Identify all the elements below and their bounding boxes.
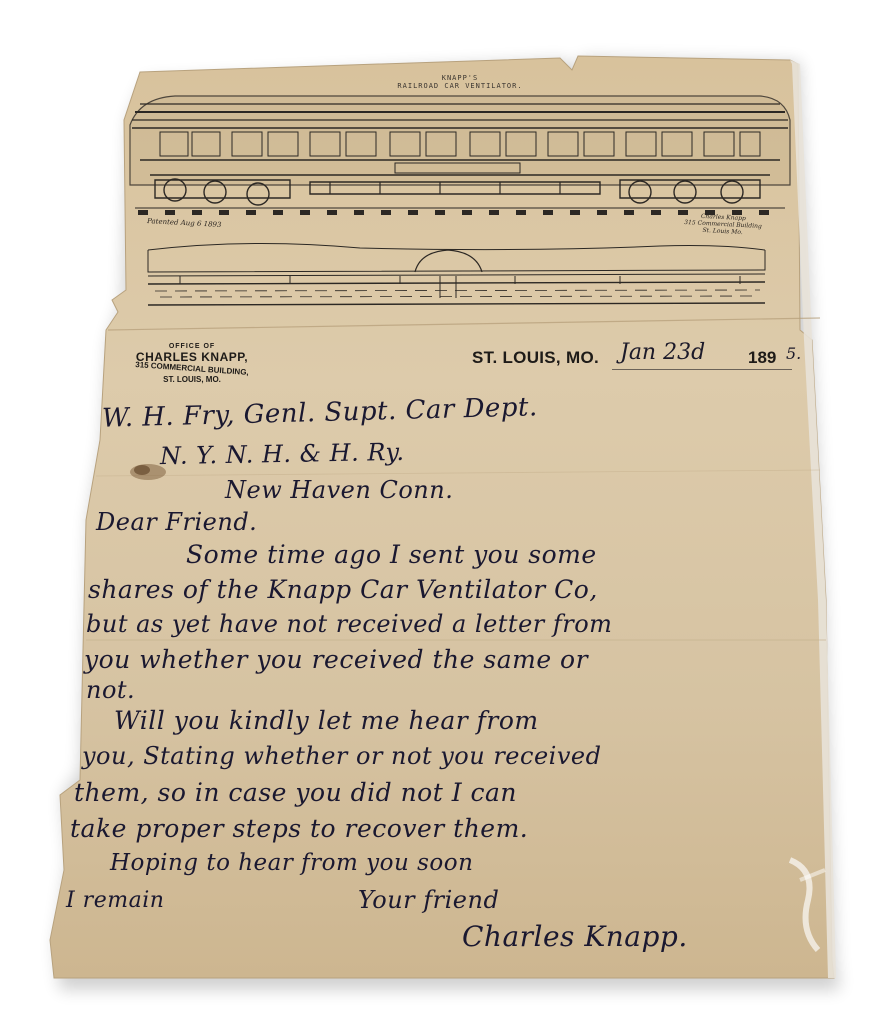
signature: Charles Knapp. (462, 920, 688, 953)
body-line: not. (86, 676, 135, 704)
closing: Your friend (358, 886, 499, 914)
address-line: New Haven Conn. (225, 476, 453, 504)
date-handwritten: Jan 23d (620, 340, 705, 365)
body-line: Will you kindly let me hear from (114, 706, 539, 735)
date-rule (612, 369, 792, 370)
address-line: W. H. Fry, Genl. Supt. Car Dept. (102, 392, 538, 433)
body-line: take proper steps to recover them. (70, 814, 528, 843)
closing-remain: I remain (66, 888, 164, 913)
body-line: Hoping to hear from you soon (110, 850, 473, 876)
title-line-2: RAILROAD CAR VENTILATOR. (340, 82, 580, 90)
year-handwritten: 5. (786, 344, 801, 363)
letter-sheet: KNAPP'S RAILROAD CAR VENTILATOR. Patente… (0, 0, 880, 1024)
place-printed: ST. LOUIS, MO. (472, 348, 599, 368)
salutation: Dear Friend. (96, 508, 257, 536)
body-line: shares of the Knapp Car Ventilator Co, (88, 575, 598, 604)
patent-caption: Patented Aug 6 1893 (147, 217, 222, 229)
body-line: you, Stating whether or not you received (82, 742, 601, 770)
body-line: but as yet have not received a letter fr… (86, 610, 612, 638)
title-line-1: KNAPP'S (340, 74, 580, 82)
office-block: OFFICE OF CHARLES KNAPP, 315 COMMERCIAL … (112, 341, 272, 385)
body-line: you whether you received the same or (84, 645, 588, 674)
body-line: Some time ago I sent you some (186, 540, 597, 569)
year-printed: 189 (748, 348, 776, 368)
body-line: them, so in case you did not I can (74, 778, 517, 807)
letterhead-title: KNAPP'S RAILROAD CAR VENTILATOR. (340, 74, 580, 90)
maker-caption: Charles Knapp 315 Commercial Building St… (668, 211, 779, 238)
address-line: N. Y. N. H. & H. Ry. (160, 438, 405, 470)
